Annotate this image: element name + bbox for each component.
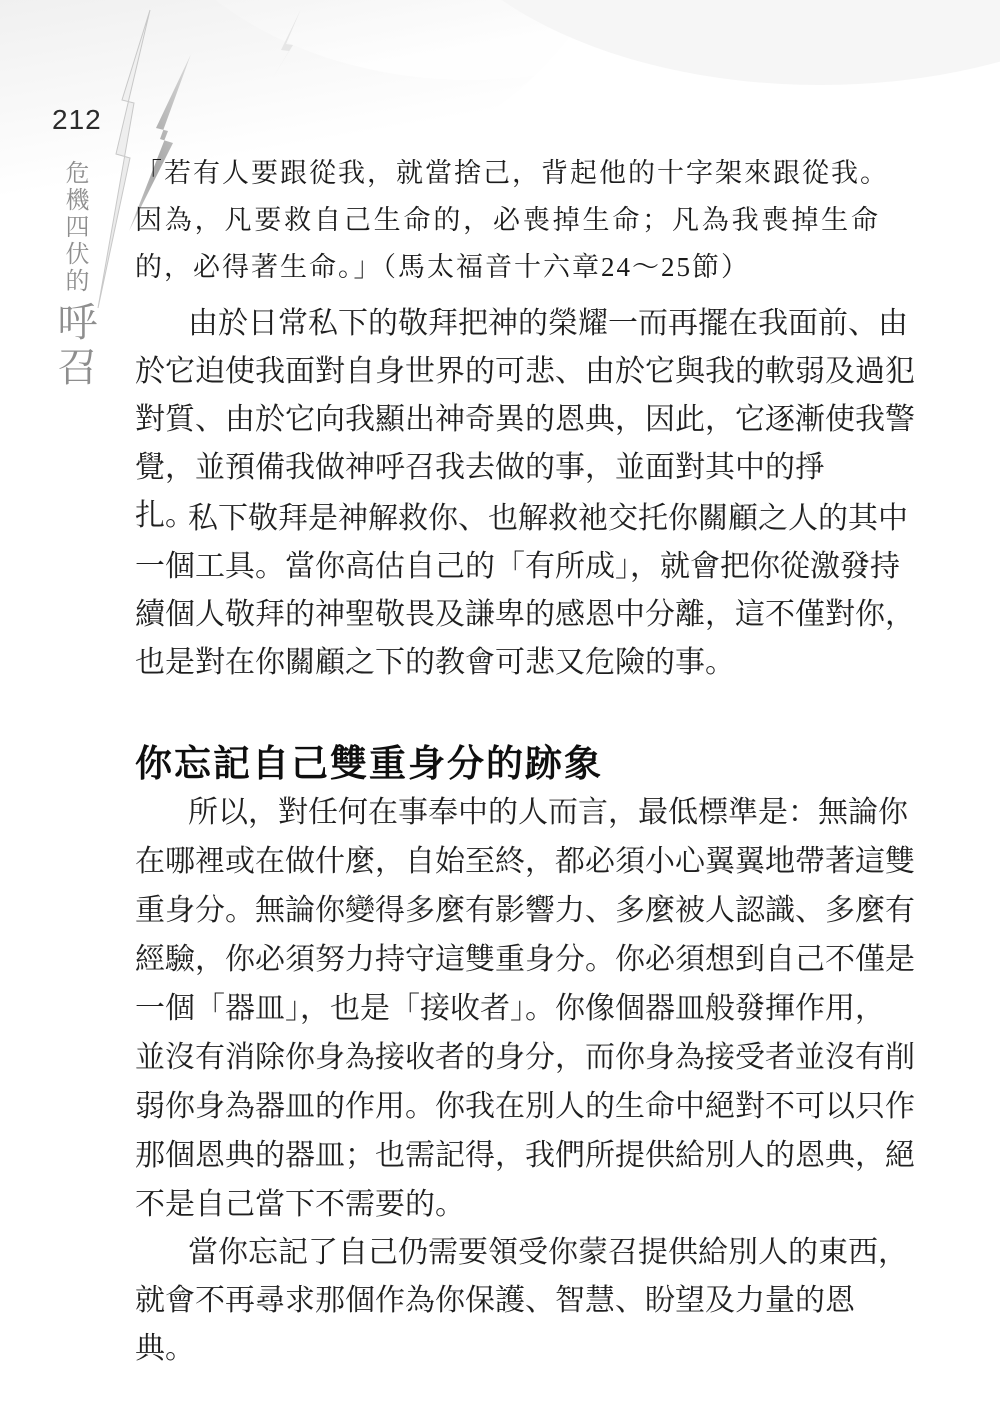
scripture-quote: 「若有人要跟從我，就當捨己，背起他的十字架來跟從我。 因為，凡要救自己生命的，必… [135, 150, 880, 291]
paragraph-line: 續個人敬拜的神聖敬畏及謙卑的感恩中分離，這不僅對你， [135, 591, 880, 639]
paragraph-line: 也是對在你關顧之下的教會可悲又危險的事。 [135, 639, 880, 687]
paragraph-line: 當你忘記了自己仍需要領受你蒙召提供給別人的東西， [135, 1229, 880, 1277]
paragraph-line: 那個恩典的器皿；也需記得，我們所提供給別人的恩典，絕 [135, 1131, 880, 1180]
paragraph-line: 對質、由於它向我顯出神奇異的恩典，因此，它逐漸使我警 [135, 396, 880, 444]
section-heading: 你忘記自己雙重身分的跡象 [135, 741, 880, 787]
paragraph-line: 覺，並預備我做神呼召我去做的事，並面對其中的掙扎。 [135, 444, 880, 492]
body-paragraph-1: 由於日常私下的敬拜把神的榮耀一而再擺在我面前、由 於它迫使我面對自身世界的可悲、… [135, 300, 880, 492]
quote-line: 「若有人要跟從我，就當捨己，背起他的十字架來跟從我。 [135, 150, 880, 197]
book-title-large: 呼召 [52, 301, 96, 391]
paragraph-line: 由於日常私下的敬拜把神的榮耀一而再擺在我面前、由 [135, 300, 880, 348]
book-title-vertical: 危機四伏的呼召 [48, 160, 100, 391]
paragraph-line: 弱你身為器皿的作用。你我在別人的生命中絕對不可以只作 [135, 1082, 880, 1131]
paragraph-line: 私下敬拜是神解救你、也解救祂交托你關顧之人的其中 [135, 495, 880, 543]
book-title-small: 危機四伏的 [61, 160, 88, 295]
body-paragraph-4: 當你忘記了自己仍需要領受你蒙召提供給別人的東西， 就會不再尋求那個作為你保護、智… [135, 1229, 880, 1325]
paragraph-line: 經驗，你必須努力持守這雙重身分。你必須想到自己不僅是 [135, 935, 880, 984]
paragraph-line: 所以，對任何在事奉中的人而言，最低標準是：無論你 [135, 788, 880, 837]
lightning-icon-3 [272, 9, 301, 79]
paragraph-line: 一個工具。當你高估自己的「有所成」，就會把你從激發持 [135, 543, 880, 591]
quote-line: 因為，凡要救自己生命的，必喪掉生命；凡為我喪掉生命 [135, 197, 880, 244]
body-paragraph-3: 所以，對任何在事奉中的人而言，最低標準是：無論你 在哪裡或在做什麼，自始至終，都… [135, 788, 880, 1229]
paragraph-line: 在哪裡或在做什麼，自始至終，都必須小心翼翼地帶著這雙 [135, 837, 880, 886]
paragraph-line: 一個「器皿」，也是「接收者」。你像個器皿般發揮作用， [135, 984, 880, 1033]
body-paragraph-2: 私下敬拜是神解救你、也解救祂交托你關顧之人的其中 一個工具。當你高估自己的「有所… [135, 495, 880, 687]
page-number: 212 [52, 104, 102, 136]
paragraph-line: 不是自己當下不需要的。 [135, 1180, 880, 1229]
paragraph-line: 於它迫使我面對自身世界的可悲、由於它與我的軟弱及過犯 [135, 348, 880, 396]
paragraph-line: 重身分。無論你變得多麼有影響力、多麼被人認識、多麼有 [135, 886, 880, 935]
quote-reference-line: 的，必得著生命。」（馬太福音十六章24～25節） [135, 244, 880, 291]
paragraph-line: 就會不再尋求那個作為你保護、智慧、盼望及力量的恩典。 [135, 1277, 880, 1325]
paragraph-line: 並沒有消除你身為接收者的身分，而你身為接受者並沒有削 [135, 1033, 880, 1082]
